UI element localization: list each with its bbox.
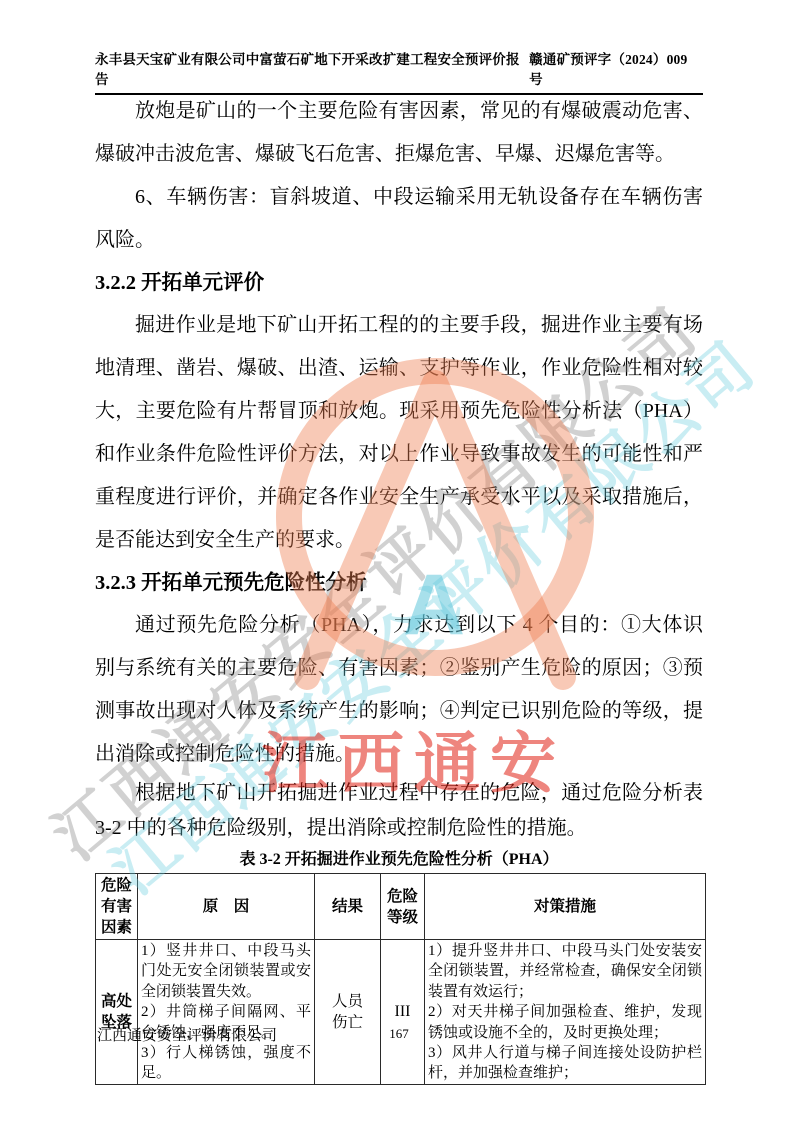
page-footer: 江西通安安全评价有限公司 167 (95, 1024, 703, 1048)
header-cell-hazard-factor: 危险有害因素 (96, 874, 138, 940)
cell-hazard: 高处坠落 (96, 940, 138, 1085)
header-doc-number: 赣通矿预评字（2024）009 号 (529, 48, 703, 88)
header-cell-cause: 原 因 (138, 874, 315, 940)
page-body: 放炮是矿山的一个主要危险有害因素，常见的有爆破震动危害、爆破冲击波危害、爆破飞石… (95, 90, 703, 1085)
header-report-title: 永丰县天宝矿业有限公司中富萤石矿地下开采改扩建工程安全预评价报告 (95, 48, 529, 88)
paragraph-vehicle-injury: 6、车辆伤害：盲斜坡道、中段运输采用无轨设备存在车辆伤害风险。 (95, 176, 703, 262)
table-row: 高处坠落 1）竖井井口、中段马头门处无安全闭锁装置或安全闭锁装置失效。 2）井筒… (96, 940, 706, 1085)
paragraph-pha-goals: 通过预先危险分析（PHA），力求达到以下 4 个目的：①大体识别与系统有关的主要… (95, 604, 703, 776)
paragraph-excavation-unit: 掘进作业是地下矿山开拓工程的的主要手段，掘进作业主要有场地清理、凿岩、爆破、出渣… (95, 304, 703, 562)
paragraph-pha-apply: 根据地下矿山开拓掘进作业过程中存在的危险，通过危险分析表 3-2 中的各种危险级… (95, 776, 703, 846)
header-cell-result: 结果 (315, 874, 381, 940)
cell-cause: 1）竖井井口、中段马头门处无安全闭锁装置或安全闭锁装置失效。 2）井筒梯子间隔网… (138, 940, 315, 1085)
cell-result: 人员伤亡 (315, 940, 381, 1085)
pha-table: 危险有害因素 原 因 结果 危险等级 对策措施 高处坠落 1）竖井井口、中段马头… (95, 873, 706, 1085)
header-cell-measures: 对策措施 (425, 874, 706, 940)
header-cell-risk-level: 危险等级 (381, 874, 425, 940)
page-header: 永丰县天宝矿业有限公司中富萤石矿地下开采改扩建工程安全预评价报告 赣通矿预评字（… (95, 48, 703, 95)
table-caption: 表 3-2 开拓掘进作业预先危险性分析（PHA） (95, 849, 703, 871)
section-heading-322: 3.2.2 开拓单元评价 (95, 262, 703, 304)
cell-measures: 1）提升竖井井口、中段马头门处安装安全闭锁装置，并经常检查，确保安全闭锁装置有效… (425, 940, 706, 1085)
paragraph-blasting-hazards: 放炮是矿山的一个主要危险有害因素，常见的有爆破震动危害、爆破冲击波危害、爆破飞石… (95, 90, 703, 176)
page-number: 167 (95, 1026, 703, 1042)
table-header-row: 危险有害因素 原 因 结果 危险等级 对策措施 (96, 874, 706, 940)
document-page: 永丰县天宝矿业有限公司中富萤石矿地下开采改扩建工程安全预评价报告 赣通矿预评字（… (0, 0, 793, 1122)
cell-risk-level: III (381, 940, 425, 1085)
section-heading-323: 3.2.3 开拓单元预先危险性分析 (95, 562, 703, 604)
